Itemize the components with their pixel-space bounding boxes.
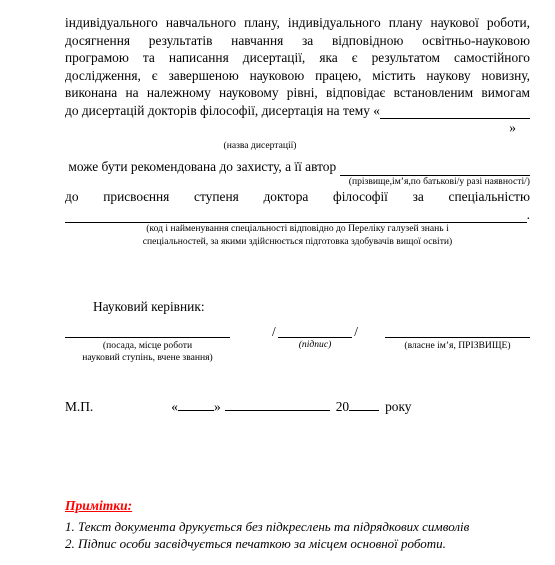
position-caption-line1: (посада, місце роботи xyxy=(65,340,230,353)
paragraph-recommendation: може бути рекомендована до захисту, а її… xyxy=(65,158,530,248)
dissertation-title-caption: (назва дисертації) xyxy=(65,140,455,153)
dissertation-title-blank-field xyxy=(380,104,530,119)
notes-title: Примітки: xyxy=(65,497,530,515)
specialty-caption-line1: (код і найменування спеціальності відпов… xyxy=(65,223,530,236)
position-column: (посада, місце роботи науковий ступінь, … xyxy=(65,325,230,365)
paragraph-line: програмою та написання дисертації, яка є… xyxy=(65,49,530,67)
specialty-blank-field xyxy=(65,209,527,223)
close-quote: » xyxy=(214,399,221,414)
dissertation-title-line: до дисертацій докторів філософії, дисерт… xyxy=(65,102,530,120)
paragraph-line: виконана на належному науковому рівні, в… xyxy=(65,84,530,102)
supervisor-label: Науковий керівник: xyxy=(93,298,530,316)
note-item-1: 1. Текст документа друкується без підкре… xyxy=(65,518,530,536)
paragraph-line: досягнення результатів навчання за відпо… xyxy=(65,32,530,50)
paragraph-line: індивідуального навчального плану, індив… xyxy=(65,14,530,32)
period: . xyxy=(527,206,530,224)
author-blank-field xyxy=(340,161,531,176)
paragraph-line: може бути рекомендована до захисту, а її… xyxy=(65,158,340,176)
slash-right: / xyxy=(352,325,360,338)
specialty-line: . xyxy=(65,206,530,224)
author-caption: (прізвище,ім’я,по батькові/у разі наявно… xyxy=(65,176,530,189)
seal-abbreviation: М.П. xyxy=(65,398,93,416)
document-page: { "paragraph1": { "lines": [ "індивідуал… xyxy=(0,0,555,565)
year-word: року xyxy=(385,399,411,414)
signature-row: (посада, місце роботи науковий ступінь, … xyxy=(65,325,530,365)
name-blank-field xyxy=(385,325,530,338)
signature-blank-field xyxy=(278,323,353,338)
date-line: М.П.«»20року xyxy=(65,398,530,416)
note-item-2: 2. Підпис особи засвідчується печаткою з… xyxy=(65,535,530,553)
name-caption: (власне ім’я, ПРІЗВИЩЕ) xyxy=(385,340,530,353)
specialty-caption-line2: спеціальностей, за якими здійснюється пі… xyxy=(65,236,530,249)
author-line: може бути рекомендована до захисту, а її… xyxy=(65,158,530,176)
signature-blank-line: / / xyxy=(270,325,360,338)
signature-caption: (підпис) xyxy=(270,339,360,352)
day-blank-field xyxy=(178,407,214,411)
seal-date-row: М.П.«»20року xyxy=(65,398,530,416)
year-prefix: 20 xyxy=(336,399,349,414)
paragraph-dissertation-requirements: індивідуального навчального плану, індив… xyxy=(65,14,530,152)
notes-section: Примітки: 1. Текст документа друкується … xyxy=(65,497,530,553)
position-blank-field xyxy=(65,325,230,338)
signature-column: / / (підпис) xyxy=(270,325,360,352)
paragraph-line: дослідження, є завершеною науковою праце… xyxy=(65,67,530,85)
name-column: (власне ім’я, ПРІЗВИЩЕ) xyxy=(385,325,530,353)
open-quote: « xyxy=(171,399,178,414)
paragraph-line: до присвоєння ступеня доктора філософії … xyxy=(65,188,530,206)
closing-quote: » xyxy=(65,119,530,137)
month-blank-field xyxy=(225,407,330,411)
slash-left: / xyxy=(270,325,278,338)
paragraph-line: до дисертацій докторів філософії, дисерт… xyxy=(65,102,380,120)
position-caption-line2: науковий ступінь, вчене звання) xyxy=(65,352,230,365)
year-blank-field xyxy=(349,407,379,411)
supervisor-signature-block: Науковий керівник: (посада, місце роботи… xyxy=(65,298,530,365)
